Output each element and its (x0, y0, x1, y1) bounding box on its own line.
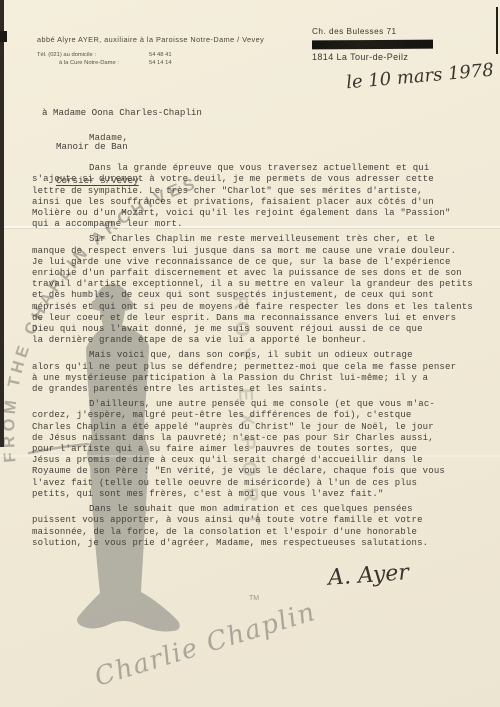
phone-home-number: 54 48 41 (149, 51, 172, 59)
phone-home-label: Tél. (021) au domicile : (37, 51, 149, 59)
paragraph-2: Sir Charles Chaplin me reste merveilleus… (32, 234, 487, 346)
paragraph-5: Dans le souhait que mon admiration et ce… (32, 504, 487, 549)
paragraph-1: Dans la grande épreuve que vous traverse… (32, 163, 487, 230)
salutation: Madame, (89, 133, 487, 144)
letter-body: Madame, Dans la grande épreuve que vous … (32, 133, 487, 553)
letterhead-street: Ch. des Bulesses 71 (312, 27, 433, 36)
redaction-bar (312, 40, 433, 49)
phone-cure-label: à la Cure Notre-Dame : (37, 59, 149, 67)
paragraph-3: Mais voici que, dans son corps, il subit… (32, 350, 487, 395)
phone-cure-number: 54 14 14 (149, 59, 172, 67)
letterhead-sender-line: abbé Alyre AYER, auxiliaire à la Paroiss… (37, 35, 264, 44)
letterhead-city: 1814 La Tour-de-Peilz (312, 52, 433, 62)
scan-edge-top-right (496, 7, 499, 54)
recipient-name: à Madame Oona Charles-Chaplin (42, 107, 202, 118)
trademark-mark: TM (249, 595, 259, 602)
letterhead-phones: Tél. (021) au domicile : 54 48 41 à la C… (37, 51, 172, 67)
scan-edge-left (0, 0, 4, 447)
paragraph-4: D'ailleurs, une autre pensée qui me cons… (32, 399, 487, 500)
scanned-letter-page: FROM THE CHAPLIN ARCHIVES ROY EXPORT Cha… (0, 0, 500, 707)
scan-edge-mark (0, 31, 7, 42)
letterhead-address-block: Ch. des Bulesses 71 1814 La Tour-de-Peil… (312, 27, 433, 62)
